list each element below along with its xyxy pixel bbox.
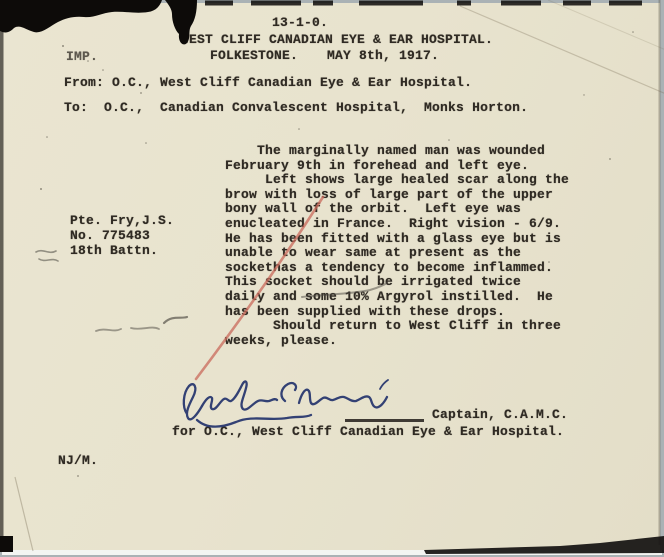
to-line: To: O.C., Canadian Convalescent Hospital… bbox=[64, 101, 528, 116]
from-line: From: O.C., West Cliff Canadian Eye & Ea… bbox=[64, 76, 472, 91]
signature-rule bbox=[345, 419, 424, 422]
hospital-name-line: WEST CLIFF CANADIAN EYE & EAR HOSPITAL. bbox=[181, 33, 493, 48]
margin-patient-note: Pte. Fry,J.S. No. 775483 18th Battn. bbox=[70, 213, 174, 258]
letter-body: The marginally named man was wounded Feb… bbox=[225, 144, 569, 348]
typist-initials: NJ/M. bbox=[58, 454, 98, 469]
paper-bottom-edge bbox=[2, 550, 662, 555]
place-line: FOLKESTONE. bbox=[210, 49, 298, 64]
scanned-letter: 13-1-0. WEST CLIFF CANADIAN EYE & EAR HO… bbox=[0, 0, 664, 557]
imp-stamp: IMP. bbox=[66, 50, 98, 65]
file-reference: 13-1-0. bbox=[272, 16, 328, 31]
signed-for-line: for O.C., West Cliff Canadian Eye & Ear … bbox=[172, 425, 564, 440]
rank-line: Captain, C.A.M.C. bbox=[432, 408, 568, 423]
date-line: MAY 8th, 1917. bbox=[327, 49, 439, 64]
